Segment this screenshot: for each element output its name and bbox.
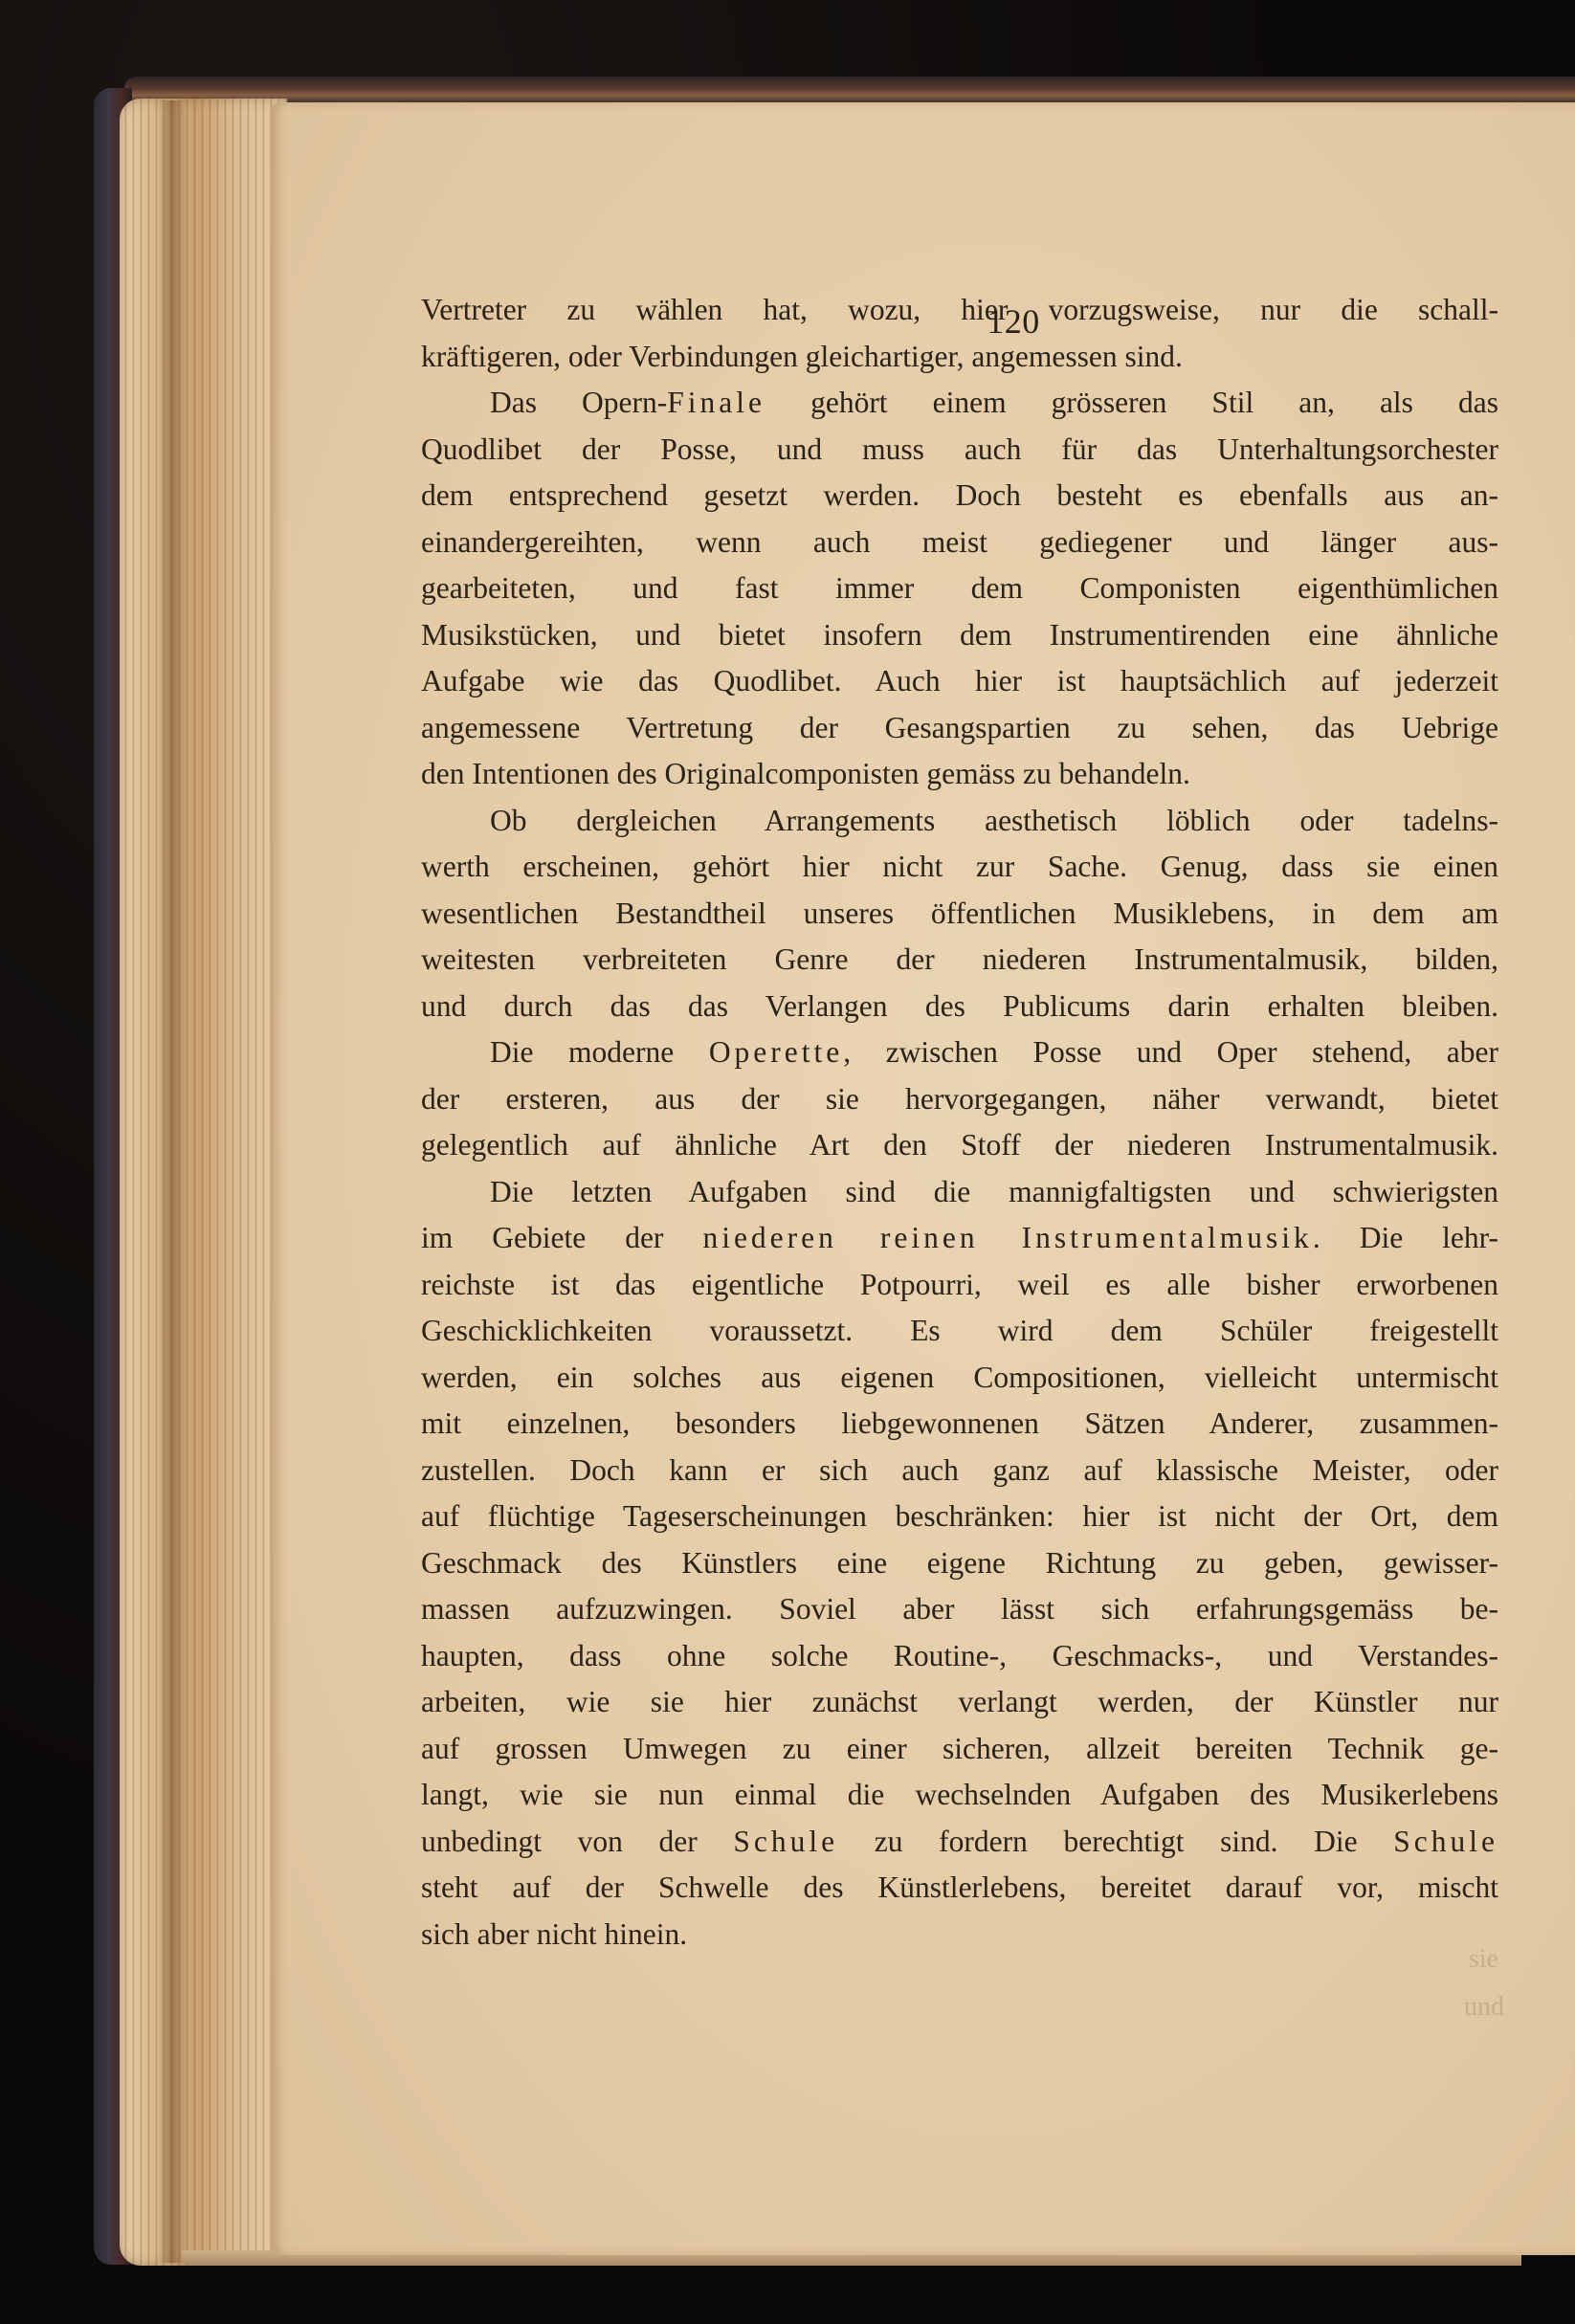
emphasized-term: Operette — [709, 1035, 843, 1069]
text-line: weitesten verbreiteten Genre der niedere… — [421, 937, 1498, 984]
text-line: auf grossen Umwegen zu einer sicheren, a… — [421, 1726, 1498, 1773]
text-line: Aufgabe wie das Quodlibet. Auch hier ist… — [421, 658, 1498, 705]
text-line: steht auf der Schwelle des Künstlerleben… — [421, 1865, 1498, 1912]
text-line: massen aufzuzwingen. Soviel aber lässt s… — [421, 1586, 1498, 1633]
book-cover-top-edge — [124, 77, 1575, 103]
text-line: einandergereihten, wenn auch meist gedie… — [421, 520, 1498, 566]
text-line: Geschmack des Künstlers eine eigene Rich… — [421, 1540, 1498, 1587]
text-line: langt, wie sie nun einmal die wechselnde… — [421, 1772, 1498, 1819]
text-line: den Intentionen des Originalcomponisten … — [421, 751, 1498, 798]
text-line: angemessene Vertretung der Gesangspartie… — [421, 705, 1498, 752]
text-line: unbedingt von der Schule zu fordern bere… — [421, 1819, 1498, 1866]
text-line: der ersteren, aus der sie hervorgegangen… — [421, 1076, 1498, 1123]
text-line: Das Opern-Finale gehört einem grösseren … — [421, 380, 1498, 427]
text-line: Musikstücken, und bietet insofern dem In… — [421, 612, 1498, 659]
text-line: Ob dergleichen Arrangements aesthetisch … — [421, 798, 1498, 845]
text-line: kräftigeren, oder Verbindungen gleichart… — [421, 334, 1498, 381]
text-line: Die moderne Operette, zwischen Posse und… — [421, 1029, 1498, 1076]
emphasized-term: Schule — [1393, 1825, 1498, 1858]
text-line: auf flüchtige Tageserscheinungen beschrä… — [421, 1494, 1498, 1540]
text-line: arbeiten, wie sie hier zunächst verlangt… — [421, 1679, 1498, 1726]
bleedthrough-text: und — [1464, 1992, 1504, 2023]
text-line: im Gebiete der niederen reinen Instrumen… — [421, 1215, 1498, 1262]
text-line: Geschicklichkeiten voraussetzt. Es wird … — [421, 1308, 1498, 1355]
text-line: dem entsprechend gesetzt werden. Doch be… — [421, 473, 1498, 520]
text-line: werth erscheinen, gehört hier nicht zur … — [421, 844, 1498, 891]
text-line: Vertreter zu wählen hat, wozu, hier vorz… — [421, 287, 1498, 334]
emphasized-term: niederen reinen Instrumentalmusik — [702, 1221, 1312, 1254]
text-line: mit einzelnen, besonders liebgewonnenen … — [421, 1401, 1498, 1448]
body-text: Vertreter zu wählen hat, wozu, hier vorz… — [421, 287, 1498, 1958]
text-line: haupten, dass ohne solche Routine-, Gesc… — [421, 1633, 1498, 1680]
emphasized-term: Schule — [733, 1825, 838, 1858]
page-stack-fore-edge — [120, 99, 287, 2266]
text-line: gelegentlich auf ähnliche Art den Stoff … — [421, 1122, 1498, 1169]
text-line: reichste ist das eigentliche Potpourri, … — [421, 1262, 1498, 1309]
text-line: zustellen. Doch kann er sich auch ganz a… — [421, 1448, 1498, 1494]
text-line: sich aber nicht hinein. — [421, 1912, 1498, 1959]
text-line: werden, ein solches aus eigenen Composit… — [421, 1355, 1498, 1402]
text-line: und durch das das Verlangen des Publicum… — [421, 984, 1498, 1030]
page-stack-shadow — [158, 100, 187, 2263]
text-line: Quodlibet der Posse, und muss auch für d… — [421, 427, 1498, 474]
text-line: wesentlichen Bestandtheil unseres öffent… — [421, 891, 1498, 938]
text-line: gearbeiteten, und fast immer dem Componi… — [421, 565, 1498, 612]
emphasized-term: Finale — [667, 386, 765, 419]
text-line: Die letzten Aufgaben sind die mannigfalt… — [421, 1169, 1498, 1216]
